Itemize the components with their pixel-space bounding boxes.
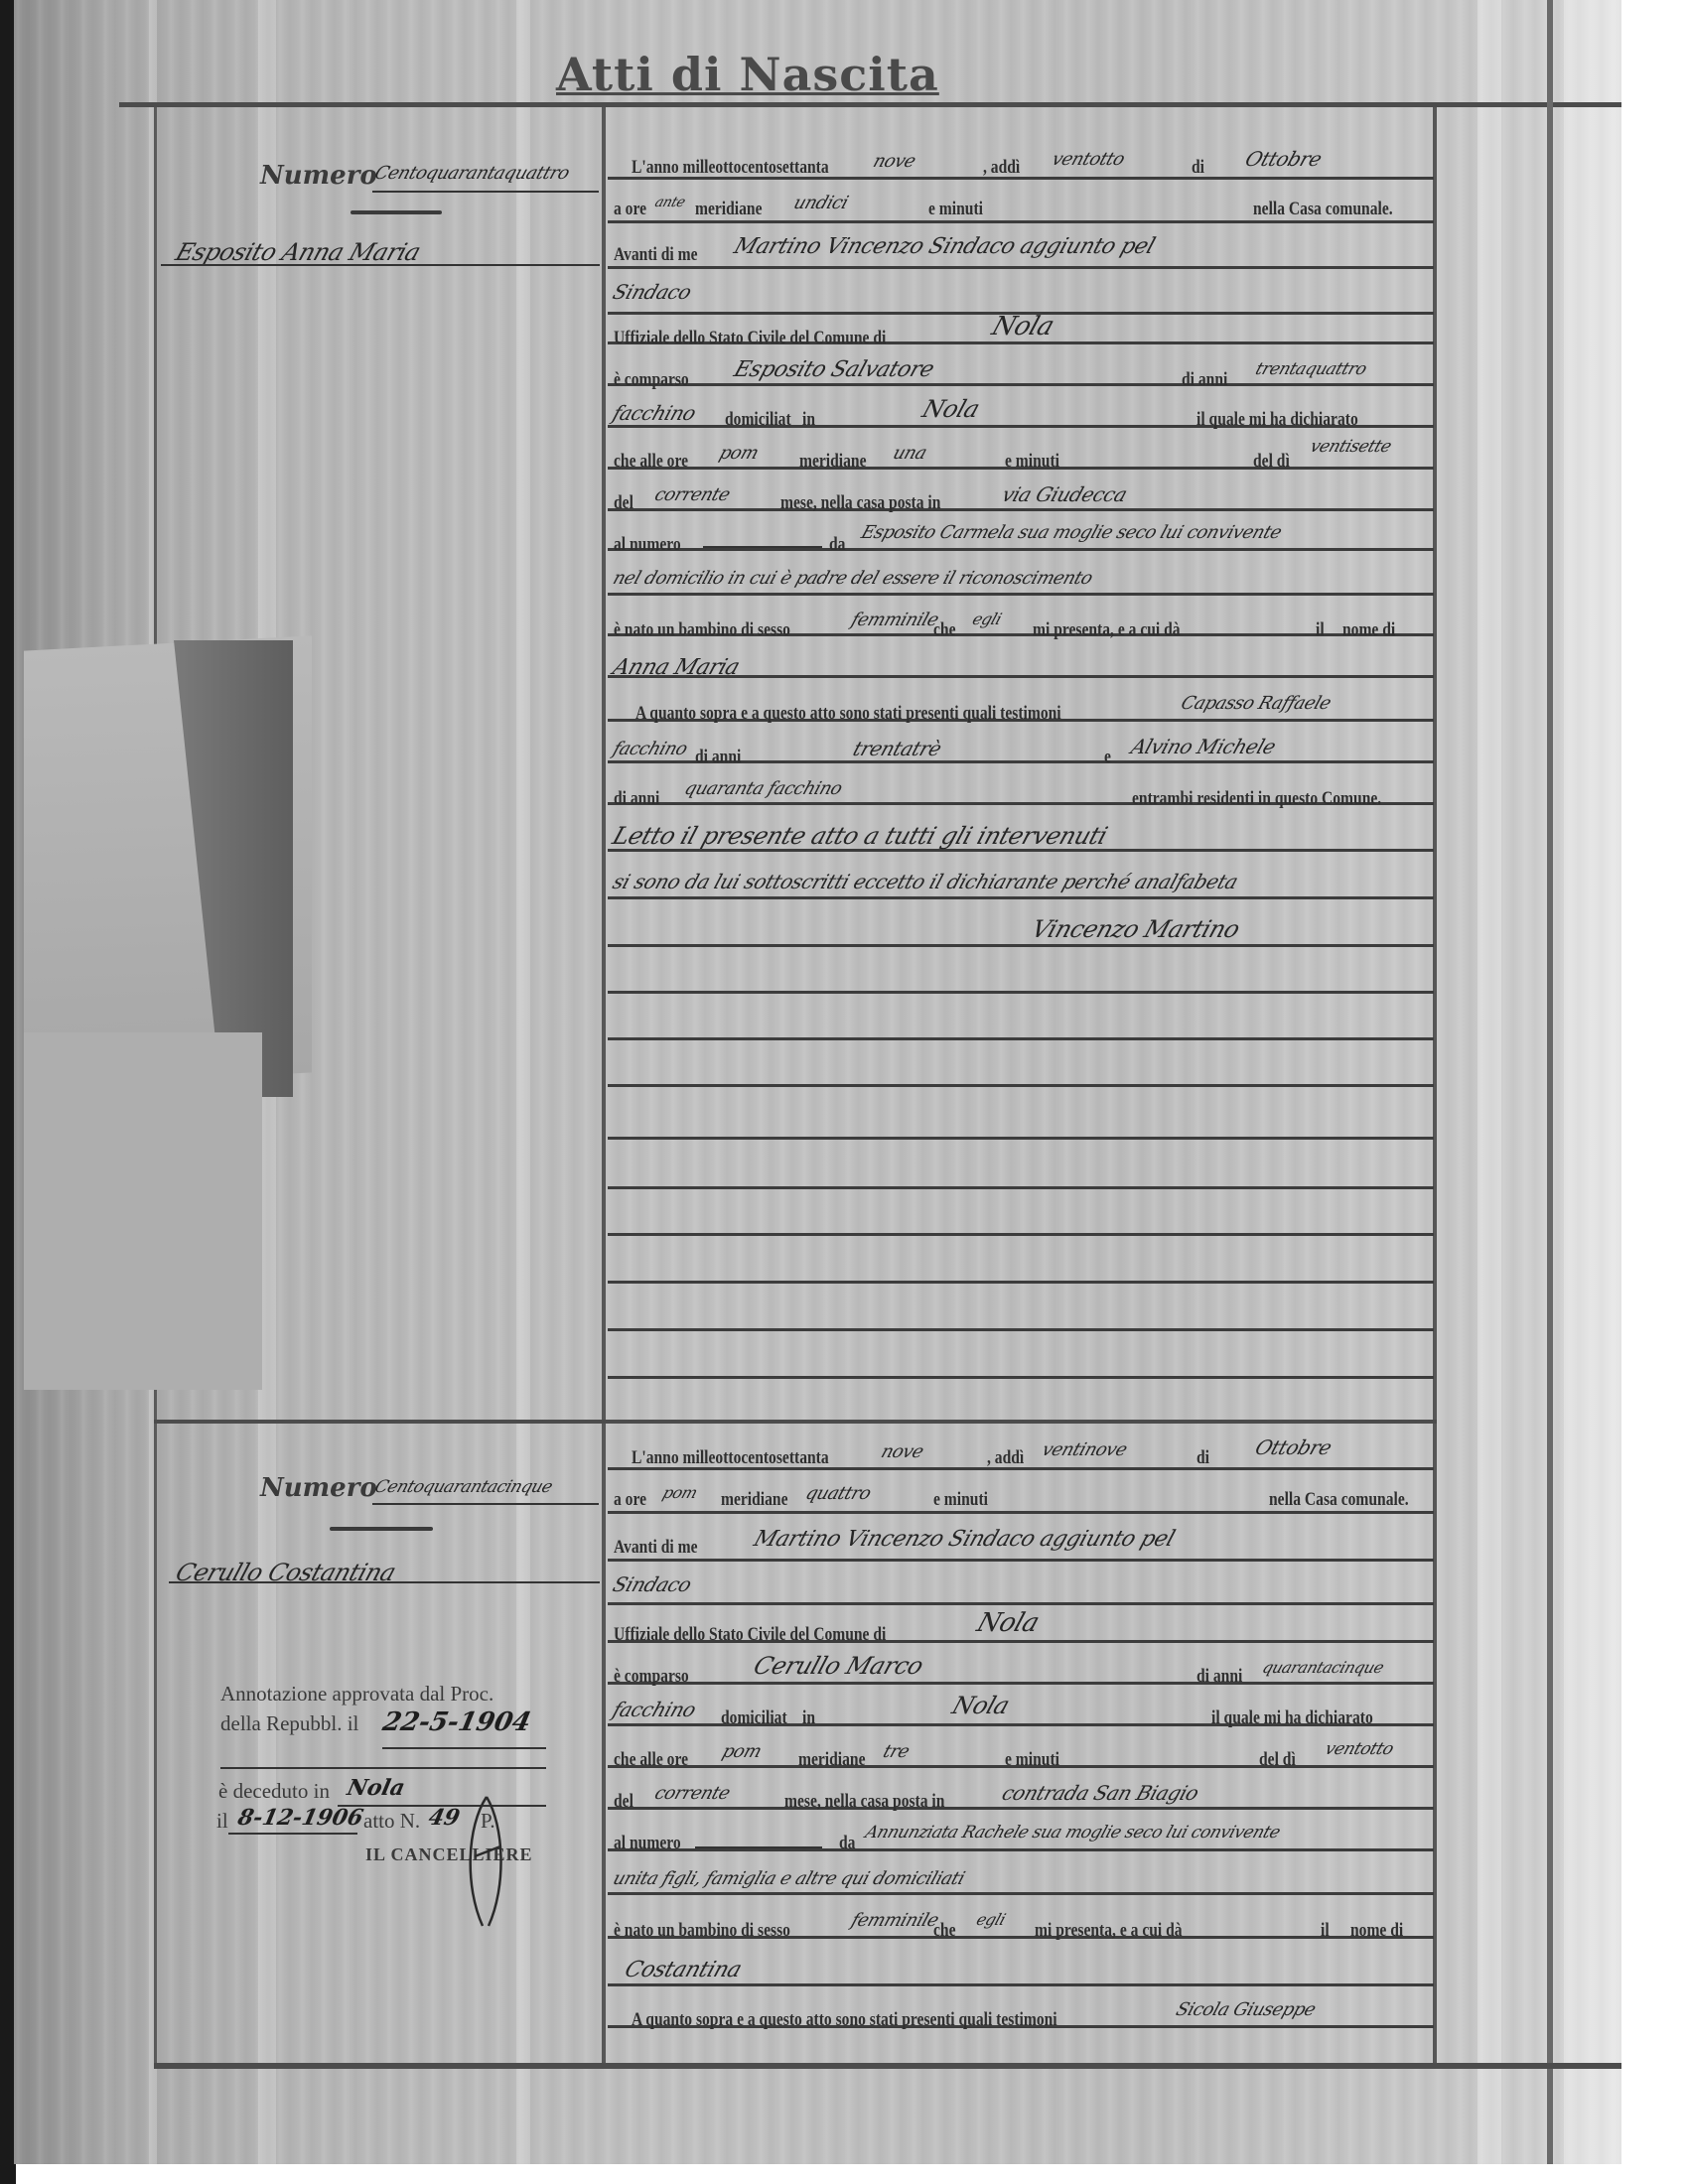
handwritten-field: pom [660, 1483, 700, 1502]
death-place: Nola [345, 1775, 407, 1801]
handwritten-field: facchino [611, 739, 690, 759]
handwritten-field: ventotto [1323, 1739, 1396, 1759]
handwritten-field: corrente [652, 1783, 733, 1804]
handwritten-field: pom [720, 1741, 765, 1762]
handwritten-field: Martino Vincenzo Sindaco aggiunto pel [731, 234, 1158, 259]
printed-text: in [802, 1707, 815, 1729]
frame-top-rule [119, 102, 1621, 107]
ruled-line [608, 1084, 1434, 1087]
printed-text: domiciliat [725, 409, 791, 431]
ruled-line [608, 1559, 1434, 1562]
numero-label: Numero [260, 161, 377, 191]
printed-text: a ore [614, 199, 646, 220]
printed-text: è nato un bambino di sesso [614, 1920, 790, 1942]
ruled-line [608, 896, 1434, 899]
handwritten-field: nel domicilio in cui è padre del essere … [611, 568, 1095, 589]
handwritten-field: pom [717, 443, 762, 464]
printed-text: mese, nella casa posta in [784, 1791, 944, 1813]
underline [228, 1833, 357, 1835]
ruled-line [608, 991, 1434, 994]
margin-name: Esposito Anna Maria [172, 238, 423, 266]
handwritten-field: Ottobre [1242, 147, 1325, 171]
printed-text: che alle ore [614, 1749, 688, 1771]
printed-text: e minuti [928, 199, 983, 220]
signature: Vincenzo Martino [1028, 915, 1243, 943]
handwritten-field: Sicola Giuseppe [1174, 1999, 1319, 2020]
handwritten-field: si sono da lui sottoscritti eccetto il d… [610, 870, 1241, 893]
ruled-line [608, 1983, 1434, 1986]
taped-paper-lower [24, 1032, 262, 1390]
printed-text: meridiane [721, 1489, 788, 1511]
printed-text: il [1321, 1920, 1330, 1942]
printed-text: e minuti [1005, 451, 1059, 473]
handwritten-field: femminile [849, 610, 941, 630]
handwritten-field: Nola [973, 1608, 1043, 1638]
ruled-line [608, 1328, 1434, 1331]
underline [220, 1767, 546, 1769]
handwritten-field: Capasso Raffaele [1179, 693, 1334, 714]
printed-text: e minuti [933, 1489, 988, 1511]
handwritten-field: quattro [803, 1483, 874, 1504]
printed-text: Uffiziale dello Stato Civile del Comune … [614, 1624, 886, 1646]
printed-text: domiciliat [721, 1707, 787, 1729]
record-separator [154, 1420, 1437, 1424]
printed-text: di anni [1196, 1666, 1242, 1688]
printed-text: è comparso [614, 369, 689, 391]
numero-underline [372, 191, 599, 193]
handwritten-field: trentaquattro [1253, 359, 1369, 379]
annotation-label: il [216, 1809, 228, 1834]
printed-text: Avanti di me [614, 244, 698, 266]
printed-text: da [829, 534, 845, 556]
printed-text: di anni [614, 788, 659, 810]
frame-bottom-rule [154, 2063, 1621, 2069]
ruled-line [608, 1186, 1434, 1189]
ruled-line [608, 1848, 1434, 1851]
annotation-label: è deceduto in [218, 1779, 330, 1804]
printed-text: al numero [614, 1833, 681, 1854]
handwritten-field: via Giudecca [999, 482, 1130, 506]
flourish-divider [330, 1527, 433, 1531]
handwritten-field: Anna Maria [610, 655, 743, 680]
handwritten-field: Annunziata Rachele sua moglie seco lui c… [863, 1823, 1283, 1843]
ruled-line [608, 548, 1434, 551]
copy-streak [1564, 0, 1621, 2164]
handwritten-field: una [891, 443, 929, 464]
handwritten-field: trentatrè [850, 737, 944, 760]
handwritten-field: Sindaco [610, 1572, 694, 1596]
printed-text: entrambi residenti in questo Comune. [1132, 788, 1381, 810]
handwritten-field: quarantacinque [1260, 1658, 1386, 1677]
printed-text: nella Casa comunale. [1253, 199, 1393, 220]
annotation-label: della Repubbl. il [220, 1711, 358, 1736]
printed-text: di anni [695, 747, 741, 768]
printed-text: A quanto sopra e a questo atto sono stat… [635, 703, 1061, 725]
handwritten-field: ante [652, 195, 686, 210]
margin-name-underline [161, 264, 600, 266]
copy-streak [1477, 0, 1501, 2164]
printed-text: che [933, 619, 955, 641]
cancelliere-signature-icon [457, 1787, 516, 1936]
printed-text: di [1192, 157, 1204, 179]
handwritten-field: nove [871, 151, 918, 172]
handwritten-field: Alvino Michele [1128, 735, 1279, 758]
printed-text: nella Casa comunale. [1269, 1489, 1409, 1511]
handwritten-field: undici [791, 193, 851, 213]
ruled-line [608, 266, 1434, 269]
ruled-line [608, 593, 1434, 596]
ruled-line [608, 1682, 1434, 1685]
numero-label: Numero [260, 1473, 377, 1503]
printed-text: a ore [614, 1489, 646, 1511]
annotation-line-1: Annotazione approvata dal Proc. [220, 1682, 493, 1706]
margin-name-underline [169, 1581, 600, 1583]
numero-underline [372, 1503, 599, 1505]
handwritten-field: Esposito Carmela sua moglie seco lui con… [859, 522, 1285, 543]
printed-text: A quanto sopra e a questo atto sono stat… [632, 2009, 1057, 2031]
printed-text: del [614, 1791, 633, 1813]
ruled-line [608, 383, 1434, 386]
ruled-line [608, 1602, 1434, 1605]
printed-text: il quale mi ha dichiarato [1196, 409, 1358, 431]
printed-text: L'anno milleottocentosettanta [632, 157, 829, 179]
ruled-line [608, 1037, 1434, 1040]
printed-text: è nato un bambino di sesso [614, 619, 790, 641]
printed-text: nome di [1350, 1920, 1403, 1942]
handwritten-field: ventisette [1308, 437, 1394, 457]
ruled-line [608, 1511, 1434, 1514]
printed-text: il quale mi ha dichiarato [1211, 1707, 1373, 1729]
ruled-line [608, 1281, 1434, 1284]
handwritten-field: Nola [988, 312, 1057, 341]
printed-text: nome di [1342, 619, 1395, 641]
handwritten-field: Sindaco [610, 280, 694, 304]
handwritten-field: Letto il presente atto a tutti gli inter… [609, 822, 1110, 850]
printed-text: meridiane [695, 199, 763, 220]
printed-text: che alle ore [614, 451, 688, 473]
printed-text: del dì [1253, 451, 1290, 473]
blank-field-underline [695, 1846, 822, 1848]
handwritten-field: Ottobre [1252, 1435, 1335, 1459]
ruled-line [608, 1892, 1434, 1895]
printed-text: L'anno milleottocentosettanta [632, 1447, 829, 1469]
printed-text: al numero [614, 534, 681, 556]
printed-text: e minuti [1005, 1749, 1059, 1771]
underline [382, 1747, 546, 1749]
printed-text: meridiane [799, 451, 867, 473]
printed-text: di [1196, 1447, 1209, 1469]
printed-text: è comparso [614, 1666, 689, 1688]
handwritten-field: ventinove [1040, 1439, 1130, 1460]
printed-text: il [1316, 619, 1325, 641]
handwritten-field: facchino [610, 401, 699, 425]
blank-field-underline [703, 546, 822, 548]
handwritten-field: ventotto [1050, 149, 1128, 170]
printed-text: mi presenta, e a cui dà [1033, 619, 1181, 641]
numero-value: Centoquarantacinque [372, 1477, 555, 1497]
ruled-line [608, 1137, 1434, 1140]
handwritten-field: Cerullo Marco [750, 1652, 926, 1680]
copy-streak [516, 0, 530, 2164]
ruled-line [608, 508, 1434, 511]
printed-text: meridiane [798, 1749, 866, 1771]
printed-text: del dì [1259, 1749, 1296, 1771]
outer-right-rule [1547, 0, 1553, 2164]
printed-text: di anni [1182, 369, 1227, 391]
handwritten-field: facchino [610, 1698, 699, 1721]
handwritten-field: Martino Vincenzo Sindaco aggiunto pel [751, 1527, 1178, 1552]
handwritten-field: Nola [918, 395, 983, 423]
printed-text: in [802, 409, 815, 431]
ruled-line [608, 1376, 1434, 1379]
printed-text: , addì [983, 157, 1020, 179]
annotation-label: atto N. [363, 1809, 420, 1834]
ruled-line [608, 944, 1434, 947]
printed-text: mi presenta, e a cui dà [1035, 1920, 1183, 1942]
handwritten-field: corrente [652, 484, 733, 505]
printed-text: Avanti di me [614, 1537, 698, 1559]
ruled-line [608, 1233, 1434, 1236]
ruled-line [608, 220, 1434, 223]
flourish-divider [351, 210, 442, 214]
printed-text: da [839, 1833, 855, 1854]
printed-text: , addì [987, 1447, 1024, 1469]
printed-text: del [614, 492, 633, 514]
handwritten-field: Nola [948, 1692, 1013, 1719]
handwritten-field: quaranta facchino [682, 778, 845, 799]
ruled-line [608, 1807, 1434, 1810]
handwritten-field: Costantina [622, 1958, 745, 1982]
printed-text: che [933, 1920, 955, 1942]
page-title: Atti di Nascita [556, 48, 939, 101]
printed-text: mese, nella casa posta in [780, 492, 940, 514]
column-divider [602, 107, 606, 2065]
annotation-date: 22-5-1904 [380, 1707, 534, 1737]
printed-text: e [1104, 747, 1111, 768]
handwritten-field: Esposito Salvatore [731, 357, 937, 382]
handwritten-field: nove [879, 1441, 926, 1462]
numero-value: Centoquarantaquattro [372, 163, 572, 184]
death-date: 8-12-1906 [235, 1805, 365, 1831]
handwritten-field: unita figli, famiglia e altre qui domici… [611, 1868, 967, 1889]
printed-text: Uffiziale dello Stato Civile del Comune … [614, 328, 886, 349]
handwritten-field: femminile [849, 1910, 941, 1931]
handwritten-field: contrada San Biagio [999, 1781, 1201, 1805]
